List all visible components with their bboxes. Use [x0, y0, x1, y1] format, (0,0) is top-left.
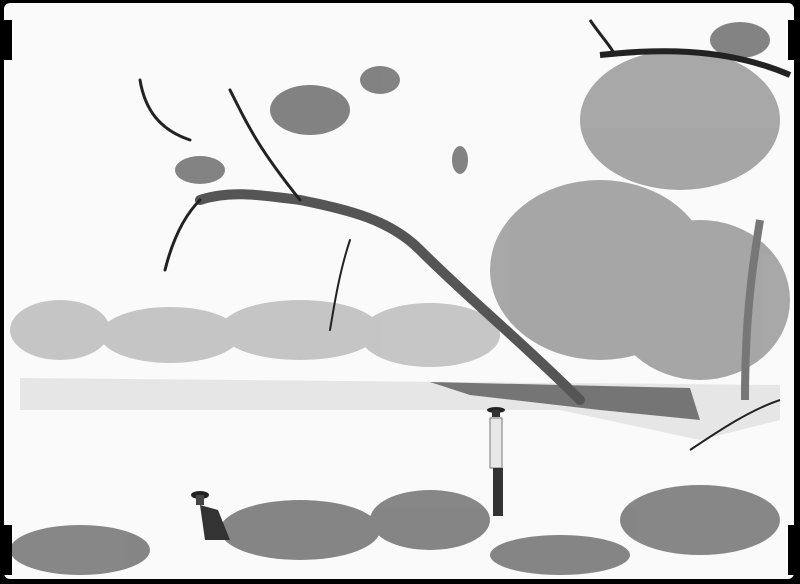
photograph	[0, 0, 800, 584]
